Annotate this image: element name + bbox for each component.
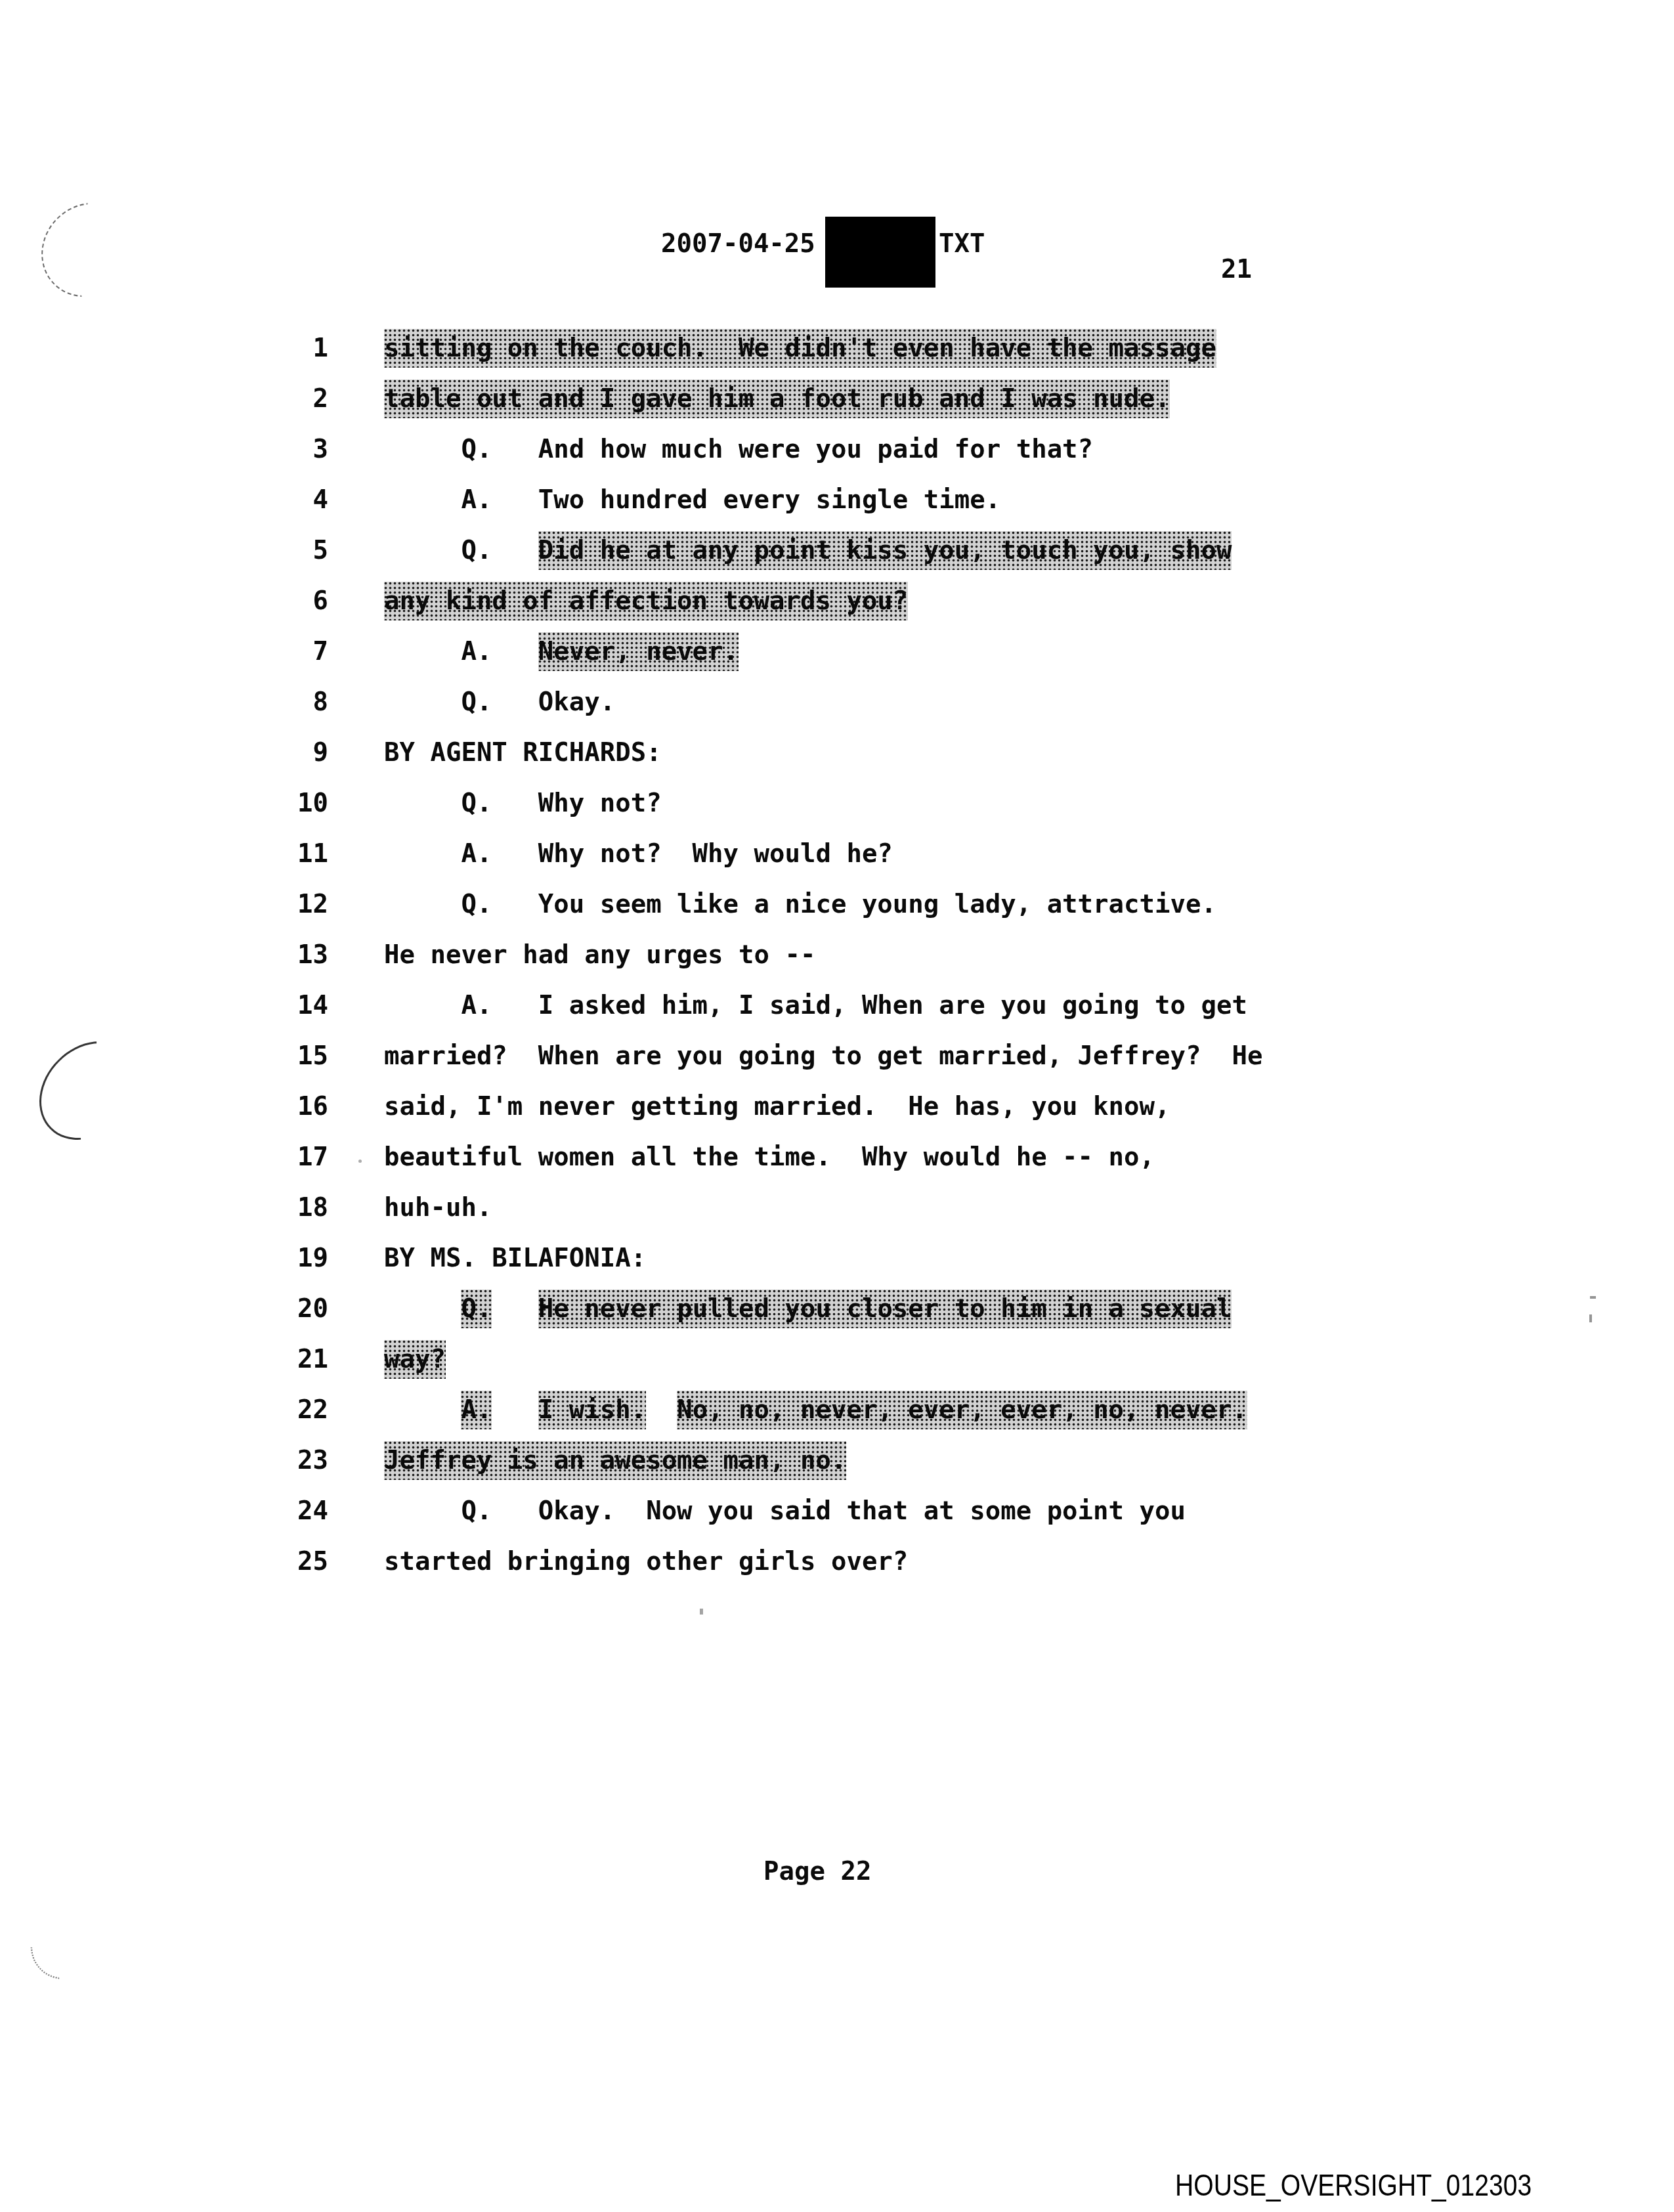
highlighted-text: Never, never. <box>538 632 739 671</box>
transcript-line: 3 Q. And how much were you paid for that… <box>0 424 1674 475</box>
highlighted-text: Q. <box>461 1290 492 1328</box>
plain-text: beautiful women all the time. Why would … <box>384 1142 1155 1172</box>
plain-text <box>492 1395 538 1425</box>
transcript-line: 12 Q. You seem like a nice young lady, a… <box>0 879 1674 930</box>
plain-text: huh-uh. <box>384 1193 492 1223</box>
plain-text: BY AGENT RICHARDS: <box>384 738 662 768</box>
line-text: A. Never, never. <box>384 626 739 677</box>
highlighted-text: He never pulled you closer to him in a s… <box>538 1290 1232 1328</box>
highlighted-text: Jeffrey is an awesome man, no. <box>384 1441 846 1480</box>
highlighted-text: Did he at any point kiss you, touch you,… <box>538 531 1232 570</box>
highlighted-text: table out and I gave him a foot rub and … <box>384 380 1170 418</box>
line-text: A. I asked him, I said, When are you goi… <box>384 980 1247 1031</box>
line-number: 15 <box>249 1031 328 1081</box>
line-text: Q. Why not? <box>384 778 662 829</box>
plain-text: Q. Why not? <box>384 789 662 818</box>
line-text: A. I wish. No, no, never, ever, ever, no… <box>384 1385 1247 1435</box>
line-number: 20 <box>249 1284 328 1334</box>
line-text: Q. Did he at any point kiss you, touch y… <box>384 525 1232 576</box>
plain-text: A. Two hundred every single time. <box>384 485 1000 515</box>
highlighted-text: sitting on the couch. We didn't even hav… <box>384 329 1216 368</box>
footer-page-label: Page 22 <box>763 1857 871 1887</box>
line-number: 24 <box>249 1486 328 1536</box>
line-number: 11 <box>249 829 328 879</box>
plain-text: started bringing other girls over? <box>384 1547 908 1576</box>
plain-text: Q. Okay. <box>384 687 615 717</box>
transcript-line: 7 A. Never, never. <box>0 626 1674 677</box>
line-text: He never had any urges to -- <box>384 930 815 980</box>
transcript-line: 17beautiful women all the time. Why woul… <box>0 1132 1674 1182</box>
transcript-line: 4 A. Two hundred every single time. <box>0 475 1674 525</box>
line-number: 23 <box>249 1435 328 1486</box>
line-text: Q. You seem like a nice young lady, attr… <box>384 879 1216 930</box>
line-number: 25 <box>249 1536 328 1587</box>
line-text: any kind of affection towards you? <box>384 576 908 626</box>
line-number: 1 <box>249 323 328 374</box>
line-text: Q. Okay. <box>384 677 615 727</box>
highlighted-text: A. <box>461 1391 492 1429</box>
line-number: 10 <box>249 778 328 829</box>
line-number: 13 <box>249 930 328 980</box>
plain-text: A. I asked him, I said, When are you goi… <box>384 991 1247 1020</box>
transcript-line: 9BY AGENT RICHARDS: <box>0 727 1674 778</box>
line-number: 5 <box>249 525 328 576</box>
transcript-line: 23Jeffrey is an awesome man, no. <box>0 1435 1674 1486</box>
scanned-transcript-page: { "document": { "header": { "date": "200… <box>0 0 1674 2212</box>
plain-text <box>646 1395 677 1425</box>
transcript-line: 8 Q. Okay. <box>0 677 1674 727</box>
line-number: 4 <box>249 475 328 525</box>
line-text: BY AGENT RICHARDS: <box>384 727 662 778</box>
line-text: Q. And how much were you paid for that? <box>384 424 1093 475</box>
highlighted-text: way? <box>384 1340 446 1379</box>
line-number: 17 <box>249 1132 328 1182</box>
transcript-line: 21way? <box>0 1334 1674 1385</box>
line-number: 3 <box>249 424 328 475</box>
line-number: 7 <box>249 626 328 677</box>
line-text: A. Why not? Why would he? <box>384 829 893 879</box>
transcript-line: 1sitting on the couch. We didn't even ha… <box>0 323 1674 374</box>
line-number: 18 <box>249 1182 328 1233</box>
line-number: 19 <box>249 1233 328 1284</box>
highlighted-text: No, no, never, ever, ever, no, never. <box>677 1391 1247 1429</box>
plain-text: Q. Okay. Now you said that at some point… <box>384 1496 1186 1526</box>
transcript-line: 18huh-uh. <box>0 1182 1674 1233</box>
transcript-line: 14 A. I asked him, I said, When are you … <box>0 980 1674 1031</box>
line-text: way? <box>384 1334 446 1385</box>
plain-text <box>384 1294 461 1324</box>
plain-text: A. Why not? Why would he? <box>384 839 893 869</box>
line-text: A. Two hundred every single time. <box>384 475 1000 525</box>
transcript-line: 13He never had any urges to -- <box>0 930 1674 980</box>
plain-text: Q. You seem like a nice young lady, attr… <box>384 890 1216 919</box>
plain-text <box>384 1395 461 1425</box>
line-number: 14 <box>249 980 328 1031</box>
transcript-line: 16said, I'm never getting married. He ha… <box>0 1081 1674 1132</box>
transcript-line: 6any kind of affection towards you? <box>0 576 1674 626</box>
transcript-line: 2table out and I gave him a foot rub and… <box>0 374 1674 424</box>
plain-text: He never had any urges to -- <box>384 940 815 970</box>
line-number: 12 <box>249 879 328 930</box>
transcript-line: 22 A. I wish. No, no, never, ever, ever,… <box>0 1385 1674 1435</box>
line-text: table out and I gave him a foot rub and … <box>384 374 1170 424</box>
plain-text: said, I'm never getting married. He has,… <box>384 1092 1170 1121</box>
plain-text: A. <box>384 637 538 666</box>
line-number: 22 <box>249 1385 328 1435</box>
line-text: BY MS. BILAFONIA: <box>384 1233 646 1284</box>
transcript-line: 20 Q. He never pulled you closer to him … <box>0 1284 1674 1334</box>
transcript-line: 15married? When are you going to get mar… <box>0 1031 1674 1081</box>
line-text: sitting on the couch. We didn't even hav… <box>384 323 1216 374</box>
plain-text: BY MS. BILAFONIA: <box>384 1244 646 1273</box>
transcript-line: 10 Q. Why not? <box>0 778 1674 829</box>
transcript-line: 19BY MS. BILAFONIA: <box>0 1233 1674 1284</box>
line-number: 6 <box>249 576 328 626</box>
line-text: said, I'm never getting married. He has,… <box>384 1081 1170 1132</box>
line-number: 21 <box>249 1334 328 1385</box>
transcript-line: 24 Q. Okay. Now you said that at some po… <box>0 1486 1674 1536</box>
bates-number: HOUSE_OVERSIGHT_012303 <box>1175 2168 1532 2202</box>
transcript-line: 11 A. Why not? Why would he? <box>0 829 1674 879</box>
line-text: beautiful women all the time. Why would … <box>384 1132 1155 1182</box>
line-text: Q. He never pulled you closer to him in … <box>384 1284 1232 1334</box>
line-text: huh-uh. <box>384 1182 492 1233</box>
highlighted-text: I wish. <box>538 1391 646 1429</box>
line-number: 9 <box>249 727 328 778</box>
highlighted-text: any kind of affection towards you? <box>384 582 908 620</box>
plain-text: Q. <box>384 536 538 565</box>
plain-text <box>492 1294 538 1324</box>
plain-text: married? When are you going to get marri… <box>384 1041 1262 1071</box>
line-number: 2 <box>249 374 328 424</box>
line-text: Jeffrey is an awesome man, no. <box>384 1435 846 1486</box>
line-text: started bringing other girls over? <box>384 1536 908 1587</box>
line-text: married? When are you going to get marri… <box>384 1031 1262 1081</box>
plain-text: Q. And how much were you paid for that? <box>384 435 1093 464</box>
transcript-line: 5 Q. Did he at any point kiss you, touch… <box>0 525 1674 576</box>
transcript-line: 25started bringing other girls over? <box>0 1536 1674 1587</box>
line-text: Q. Okay. Now you said that at some point… <box>384 1486 1186 1536</box>
line-number: 16 <box>249 1081 328 1132</box>
line-number: 8 <box>249 677 328 727</box>
